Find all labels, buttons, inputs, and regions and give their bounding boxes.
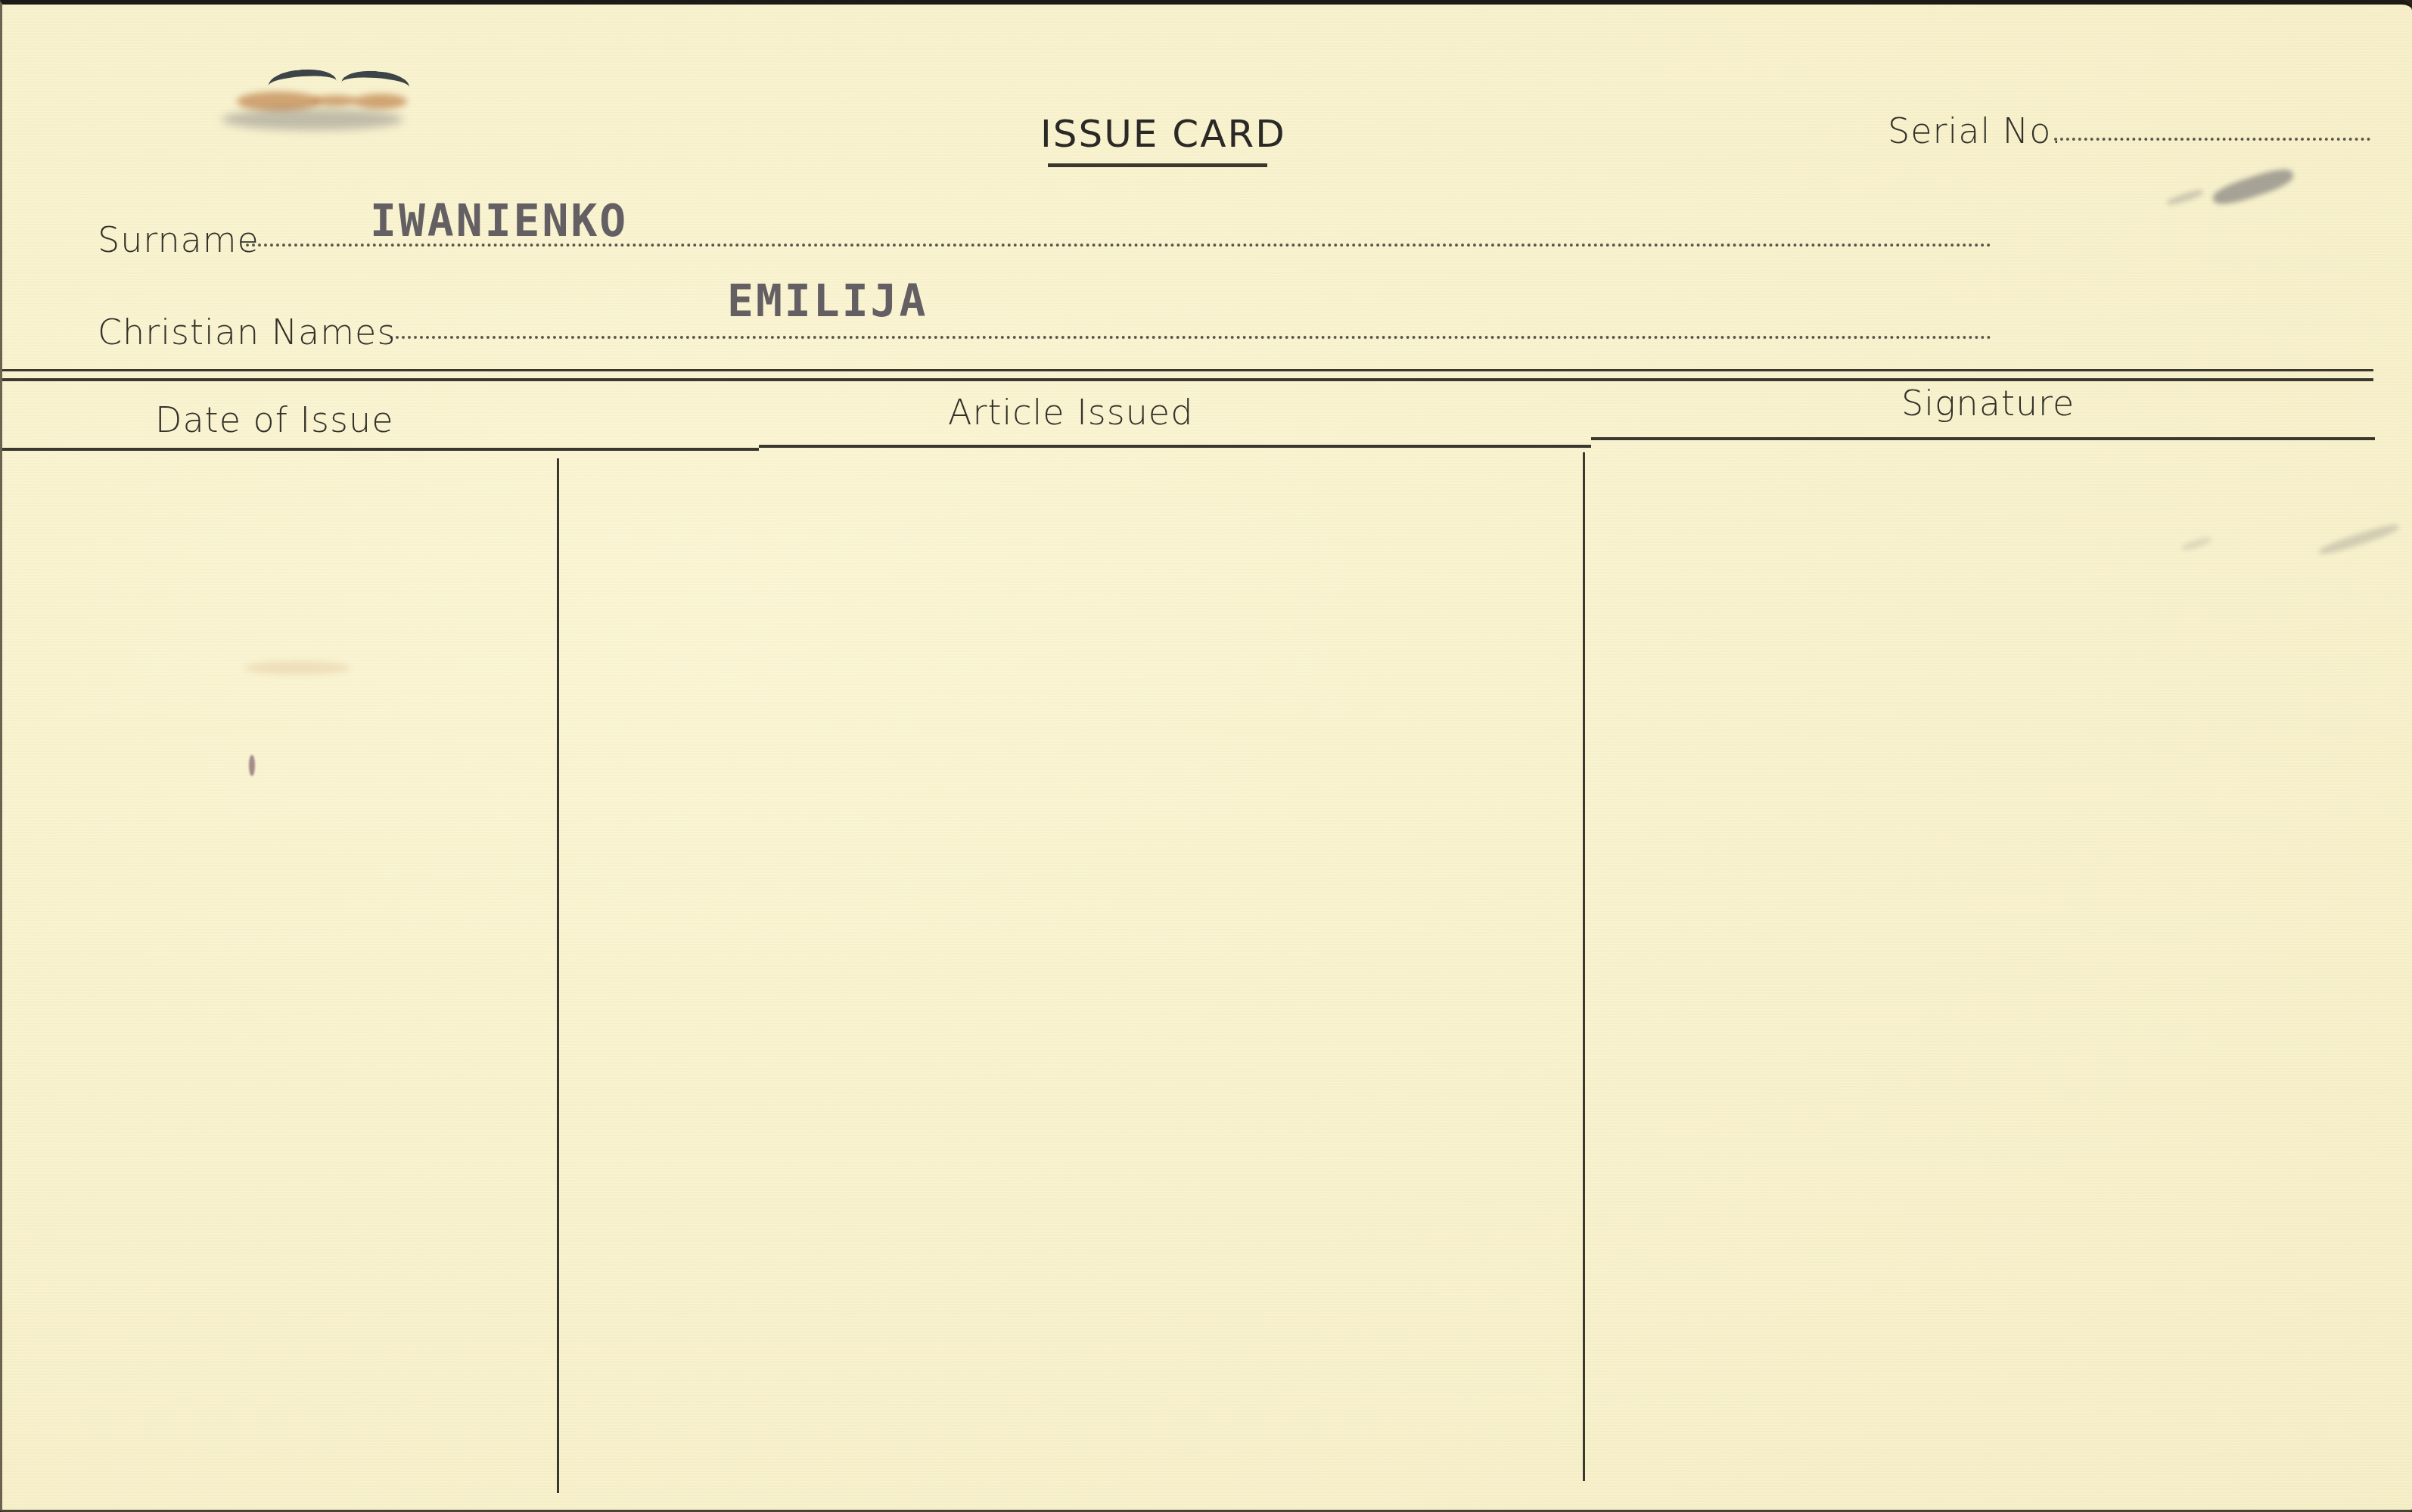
- ink-smudge: [222, 109, 403, 130]
- header-double-rule-top: [2, 369, 2373, 371]
- header-bottom-rule: [1591, 437, 2375, 440]
- column-divider-2: [1583, 452, 1585, 1481]
- date-of-issue-column[interactable]: [2, 458, 555, 1510]
- christian-names-dotted-line[interactable]: [390, 336, 1992, 339]
- surname-label: Surname: [98, 219, 260, 260]
- card-title: ISSUE CARD: [1040, 112, 1286, 156]
- staple-icon: [340, 69, 410, 101]
- surname-value: IWANIENKO: [370, 195, 628, 247]
- ink-speck: [249, 755, 255, 776]
- foxing-stain: [244, 661, 350, 675]
- column-divider-1: [557, 458, 559, 1493]
- header-bottom-rule: [2, 448, 759, 451]
- column-header-signature: Signature: [1901, 383, 2075, 424]
- column-header-article-issued: Article Issued: [948, 392, 1193, 433]
- staple-area: [222, 57, 434, 141]
- article-issued-column[interactable]: [562, 458, 1580, 1510]
- rust-stain: [312, 95, 358, 106]
- pencil-mark: [2166, 188, 2205, 207]
- surname-dotted-line[interactable]: [246, 244, 1992, 247]
- serial-no-dotted-line[interactable]: [2054, 138, 2370, 141]
- header-double-rule-bottom: [2, 378, 2373, 381]
- staple-icon: [268, 67, 337, 99]
- serial-no-label: Serial No.: [1888, 110, 2062, 151]
- title-underline: [1048, 163, 1267, 167]
- issue-card: ISSUE CARD Serial No. Surname IWANIENKO …: [0, 0, 2412, 1512]
- signature-column[interactable]: [1588, 452, 2412, 1510]
- header-bottom-rule: [759, 445, 1591, 448]
- column-header-date-of-issue: Date of Issue: [155, 399, 393, 440]
- christian-names-label: Christian Names: [98, 312, 396, 352]
- christian-names-value: EMILIJA: [727, 275, 928, 327]
- pencil-mark: [2211, 165, 2296, 210]
